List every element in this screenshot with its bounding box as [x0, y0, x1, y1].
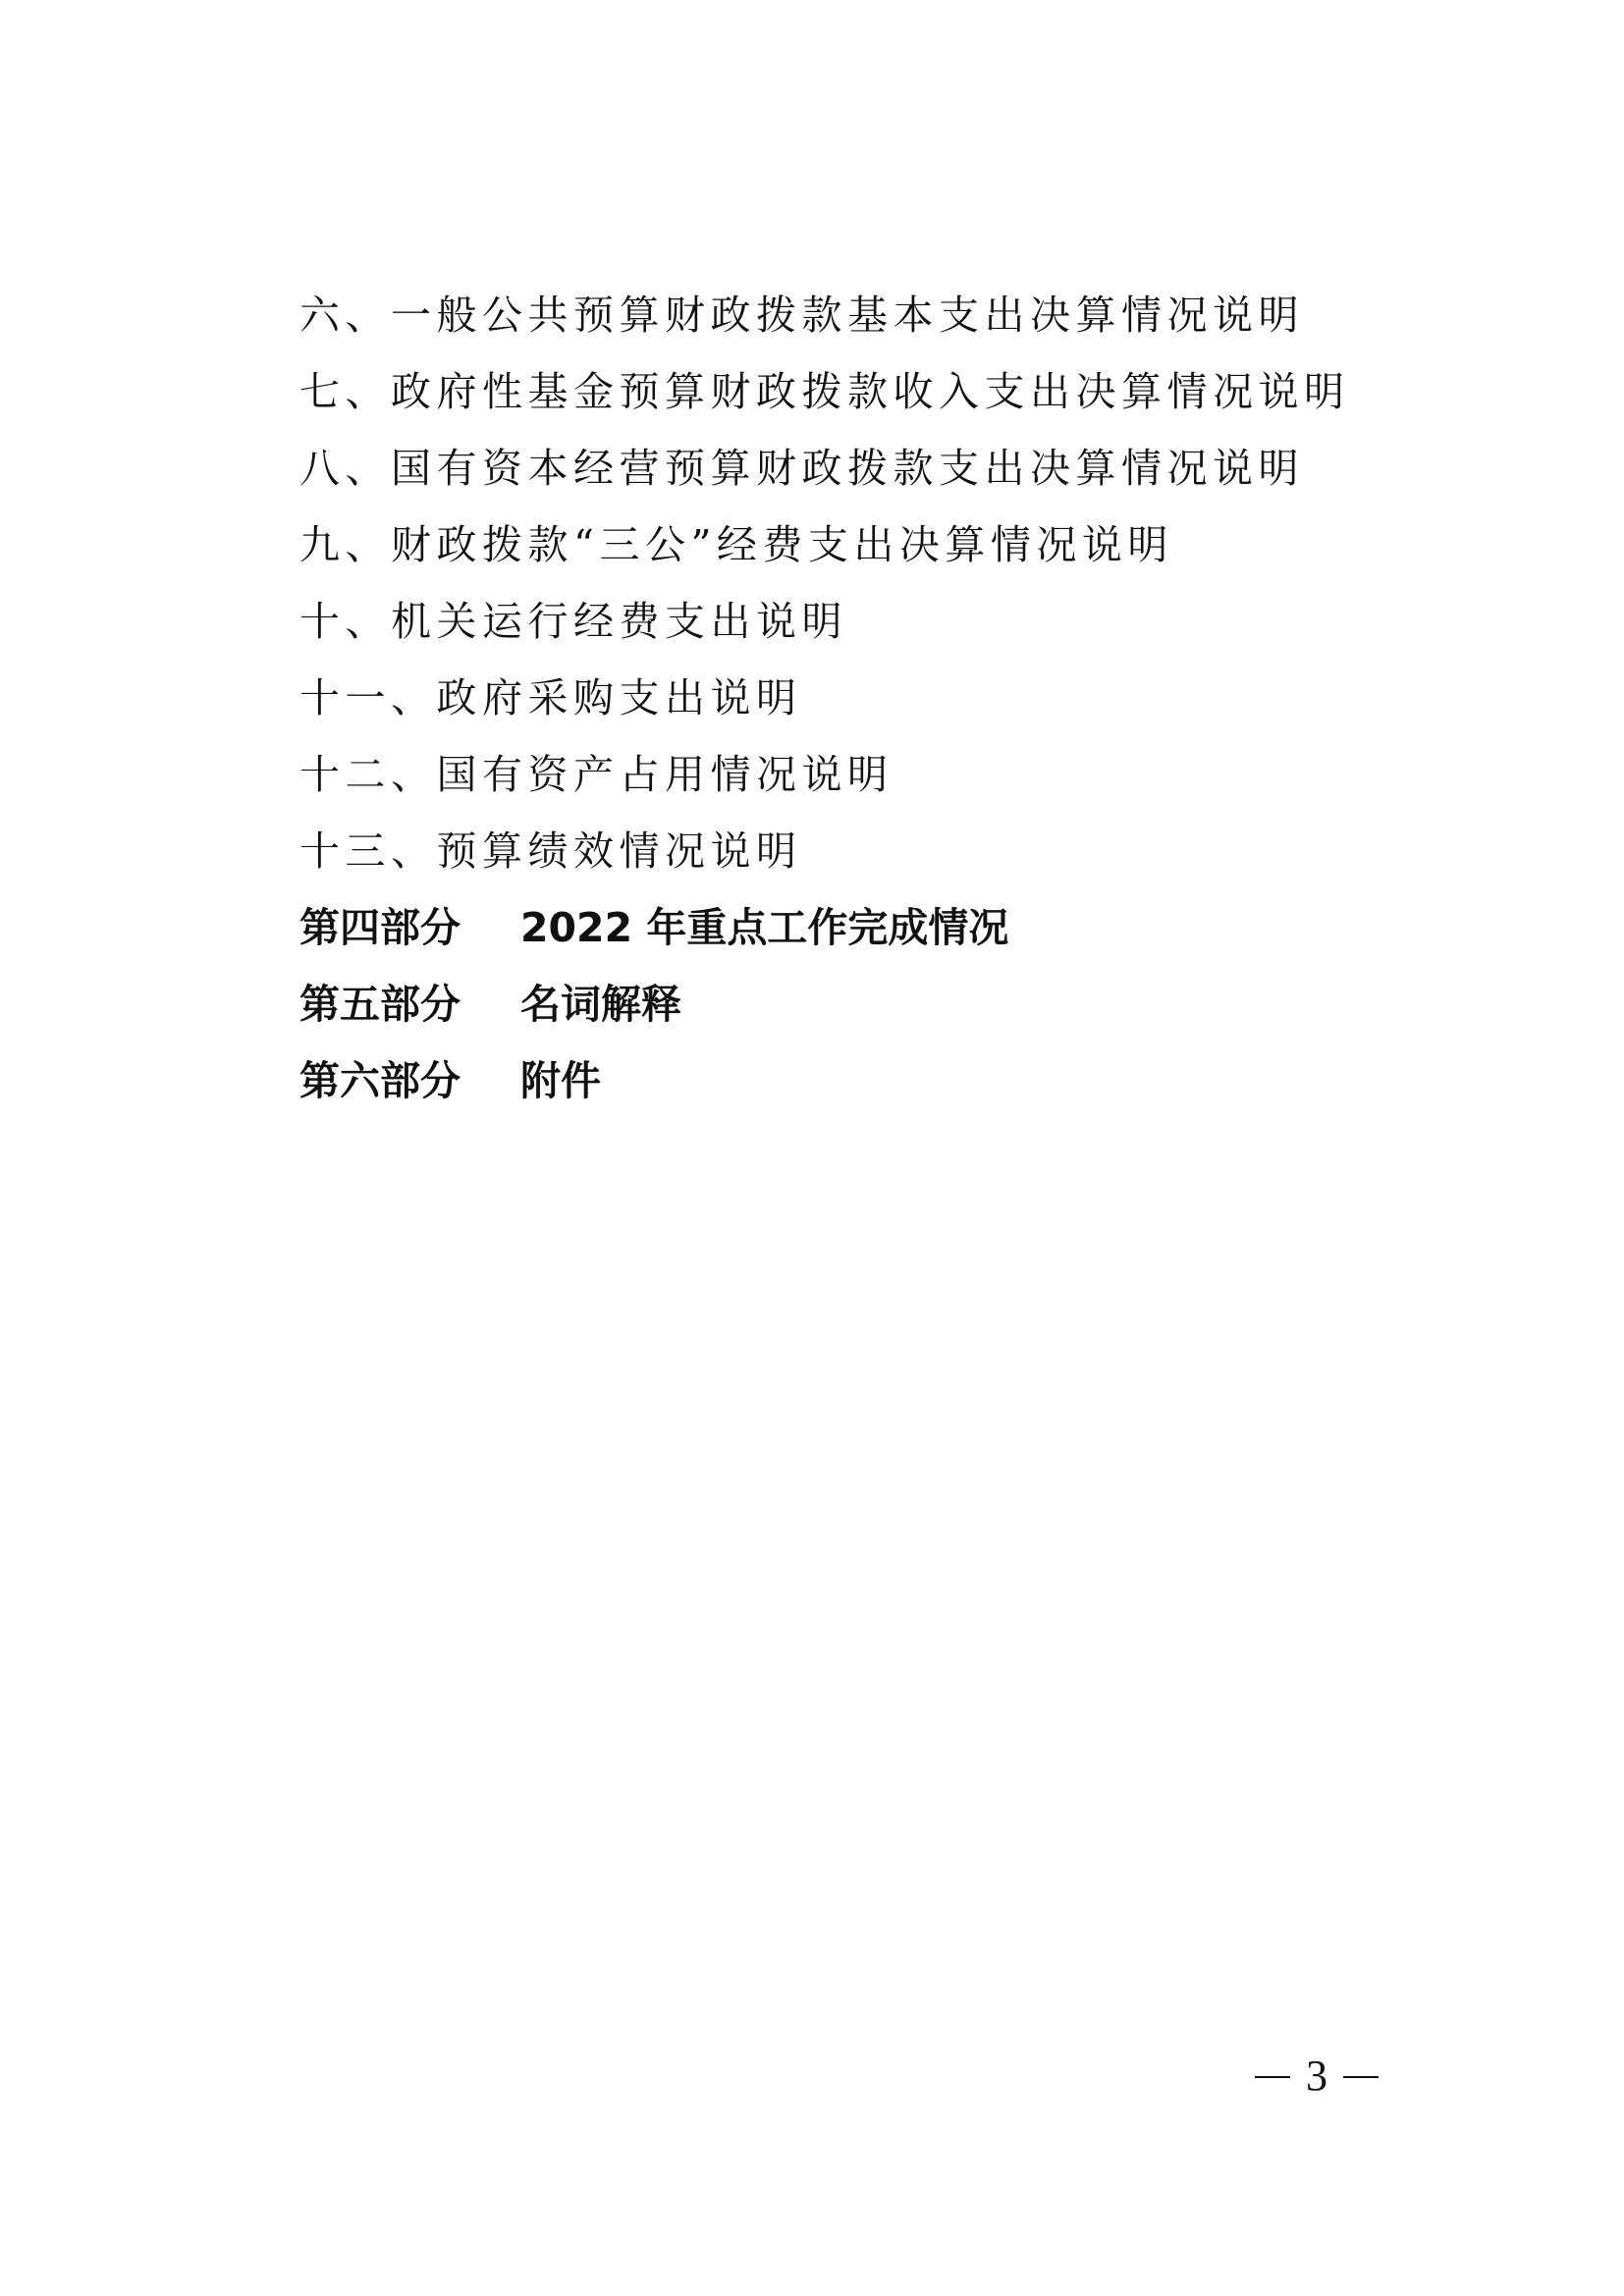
- toc-item-7[interactable]: 七、政府性基金预算财政拨款收入支出决算情况说明: [299, 364, 1380, 441]
- toc-item-9[interactable]: 九、财政拨款“三公”经费支出决算情况说明: [299, 517, 1380, 594]
- dash-right-divider: [1343, 2076, 1379, 2078]
- toc-item-8[interactable]: 八、国有资本经营预算财政拨款支出决算情况说明: [299, 441, 1380, 517]
- toc-item-10[interactable]: 十、机关运行经费支出说明: [299, 594, 1380, 670]
- table-of-contents: 六、一般公共预算财政拨款基本支出决算情况说明 七、政府性基金预算财政拨款收入支出…: [299, 288, 1380, 1130]
- part-label: 第五部分: [299, 977, 520, 1032]
- part-label: 第六部分: [299, 1053, 520, 1108]
- toc-item-6[interactable]: 六、一般公共预算财政拨款基本支出决算情况说明: [299, 288, 1380, 364]
- toc-part-4[interactable]: 第四部分2022 年重点工作完成情况: [299, 900, 1380, 977]
- dash-left-divider: [1255, 2076, 1290, 2078]
- toc-item-13[interactable]: 十三、预算绩效情况说明: [299, 824, 1380, 900]
- part-title: 附件: [520, 1057, 601, 1104]
- part-label: 第四部分: [299, 900, 520, 955]
- toc-item-12[interactable]: 十二、国有资产占用情况说明: [299, 747, 1380, 824]
- toc-part-6[interactable]: 第六部分附件: [299, 1053, 1380, 1130]
- part-title: 名词解释: [520, 981, 681, 1028]
- toc-item-11[interactable]: 十一、政府采购支出说明: [299, 670, 1380, 747]
- toc-part-5[interactable]: 第五部分名词解释: [299, 977, 1380, 1053]
- page-number-value: 3: [1306, 2052, 1327, 2100]
- part-title: 2022 年重点工作完成情况: [520, 904, 1008, 951]
- page-number: 3: [1239, 2052, 1394, 2101]
